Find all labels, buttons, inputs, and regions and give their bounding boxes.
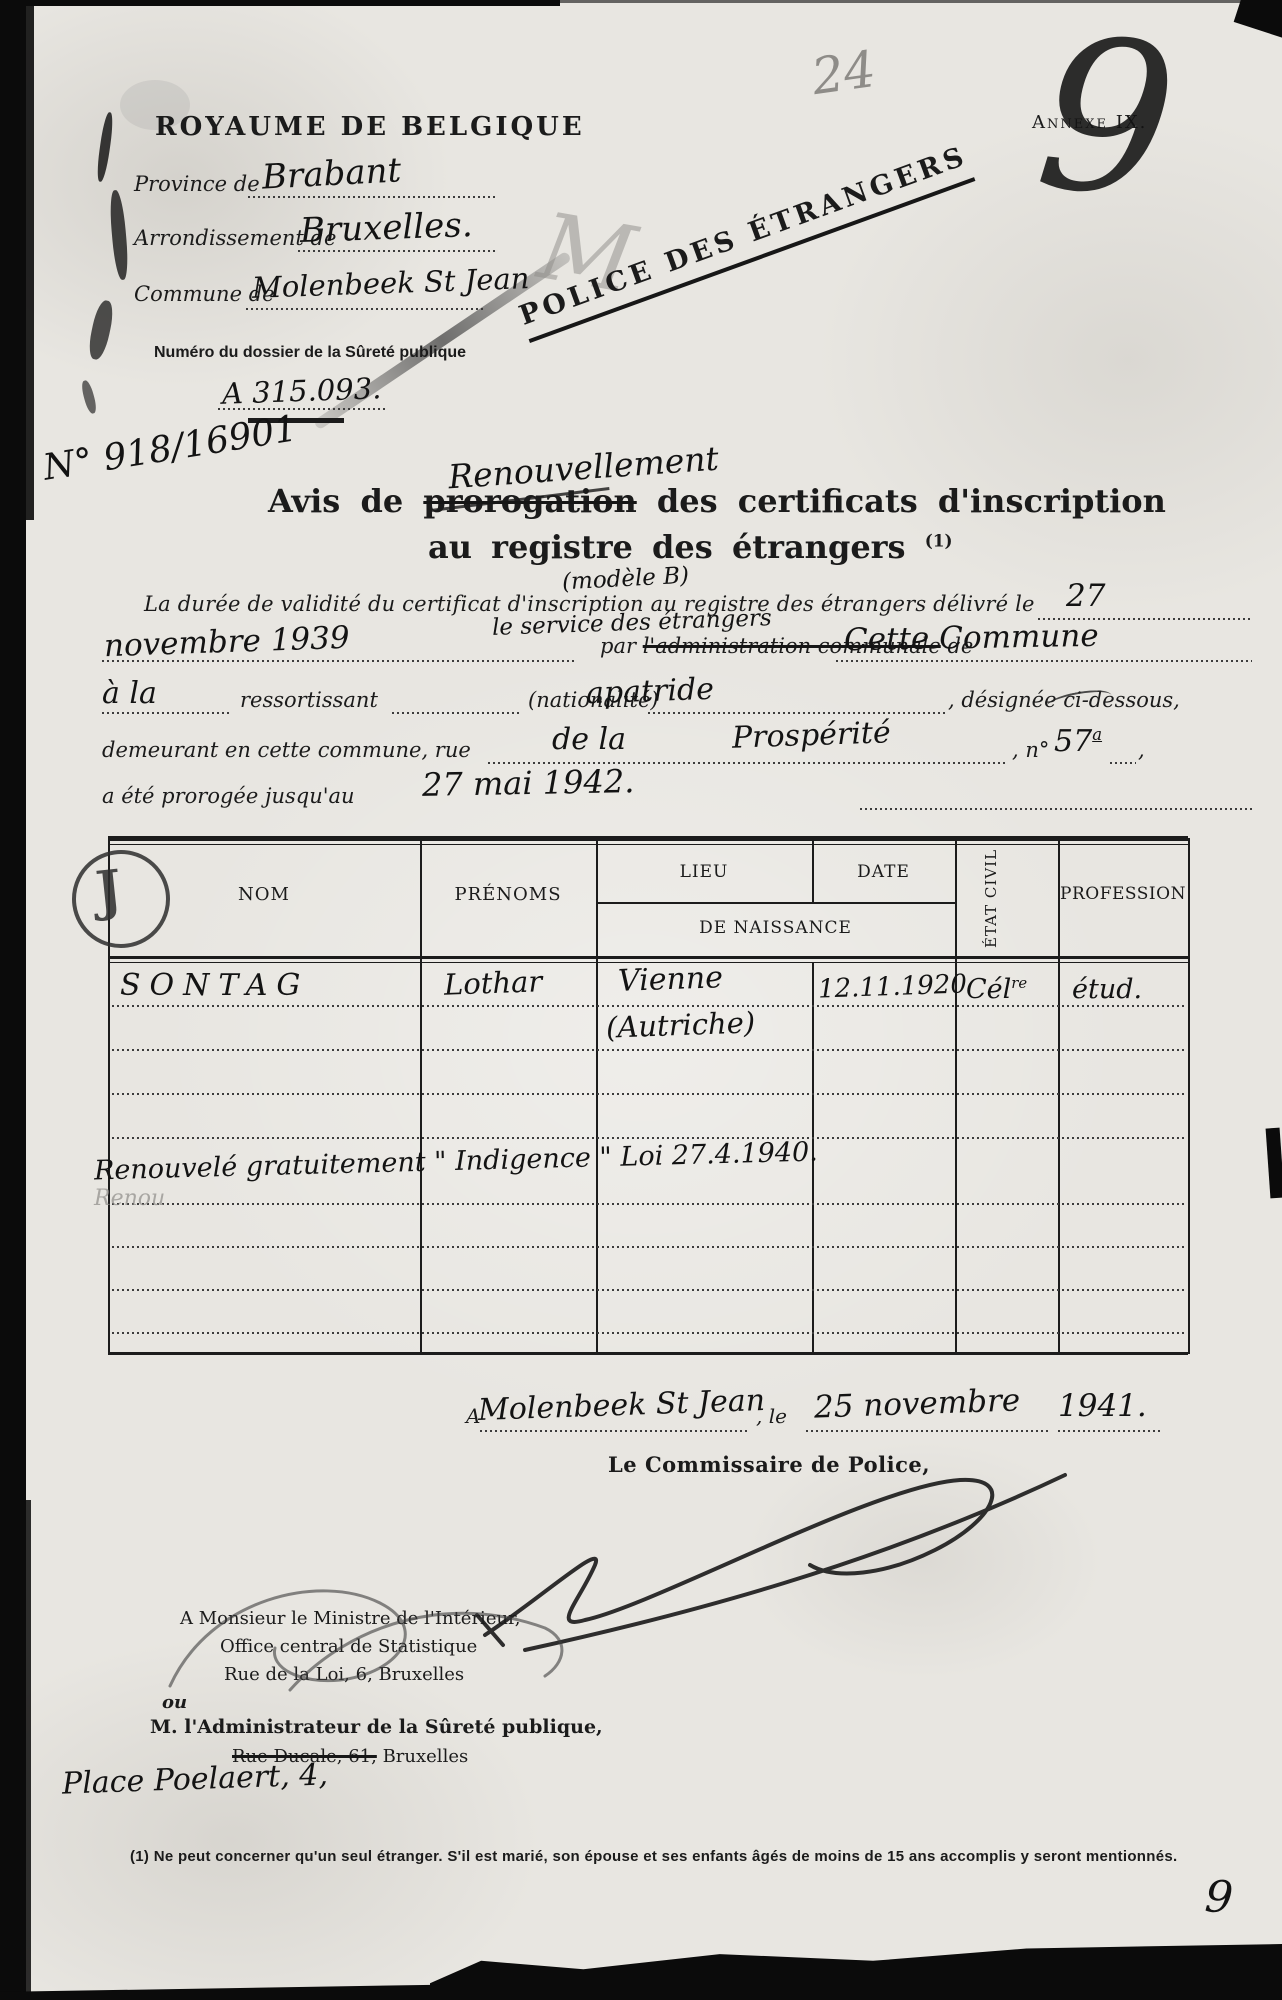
table-header-date: DATE	[812, 862, 955, 882]
table-vline-nom	[420, 838, 422, 1354]
table-vline-date	[955, 838, 957, 1354]
closing-place-rule	[480, 1430, 748, 1432]
body-line3-value2: apatride	[585, 672, 714, 711]
title-suffix: des certificats d'inscription	[657, 482, 1166, 520]
body-line4-text1: demeurant en cette commune, rue	[102, 738, 471, 762]
body-line3-rule-c	[648, 712, 946, 714]
table-header-lieu: LIEU	[596, 862, 812, 882]
table-row-rule	[112, 1289, 1186, 1291]
etat-civil-sup: re	[1011, 974, 1027, 992]
document-title-line2: au registre des étrangers (1)	[428, 528, 953, 566]
body-line3-text1: ressortissant	[240, 688, 378, 712]
address-ou-label: ou	[162, 1692, 187, 1713]
kingdom-heading: ROYAUME DE BELGIQUE	[155, 112, 585, 142]
body-line2-value2: Cette Commune	[844, 618, 1099, 658]
body-line2-par: par	[600, 634, 636, 658]
title-footnote-ref: (1)	[925, 531, 953, 551]
table-vline-prenoms	[596, 838, 598, 1354]
ink-smudge	[108, 190, 130, 281]
footnote-text: Ne peut concerner qu'un seul étranger. S…	[154, 1848, 1178, 1865]
closing-date-rule	[806, 1430, 1050, 1432]
table-row-rule	[112, 1332, 1186, 1334]
row-profession: étud.	[1072, 974, 1142, 1005]
pencil-page-number: 24	[808, 40, 879, 106]
body-line3-designee: , désignée	[948, 688, 1057, 712]
scan-edge-left-2	[26, 0, 34, 520]
scan-edge-bottom	[430, 1944, 1282, 2000]
ink-smudge	[80, 379, 98, 414]
ink-smudge	[95, 112, 115, 183]
row-lieu-line1: Vienne	[617, 960, 723, 999]
body-line5-rule	[860, 808, 1252, 810]
title-line2-text: au registre des étrangers	[428, 528, 906, 566]
table-header-profession: PROFESSION	[1058, 884, 1188, 904]
table-vline-right	[1188, 838, 1190, 1354]
footnote-label: (1)	[130, 1848, 149, 1865]
scan-edge-top	[0, 0, 560, 6]
scan-corner-top-right	[1234, 0, 1282, 44]
table-header-naissance: DE NAISSANCE	[596, 918, 955, 938]
address-handwritten-correction: Place Poelaert, 4,	[61, 1757, 328, 1801]
province-label: Province de	[134, 172, 260, 196]
title-prefix: Avis de	[268, 482, 403, 520]
table-bottom-border	[108, 1352, 1188, 1355]
house-number: 57	[1054, 724, 1092, 759]
table-row-rule	[112, 1246, 1186, 1248]
table-header-prenoms: PRÉNOMS	[420, 884, 596, 905]
table-row-rule	[112, 1203, 1186, 1205]
body-line3-value1: à la	[102, 676, 157, 711]
address-bruxelles: Bruxelles	[383, 1746, 469, 1767]
address-administrateur-line: M. l'Administrateur de la Sûreté publiqu…	[150, 1716, 603, 1738]
pen-scribble-over-address	[150, 1568, 580, 1708]
table-top-border-thin	[108, 844, 1188, 845]
table-top-border-thick	[108, 836, 1188, 841]
row-etat-civil: Célre	[966, 974, 1027, 1005]
body-line4-value1b: Prospérité	[731, 715, 891, 756]
table-vline-etat	[1058, 838, 1060, 1354]
row-date-naissance: 12.11.1920	[818, 969, 968, 1004]
body-line3-rule-a	[102, 712, 230, 714]
arrondissement-value: Bruxelles.	[299, 205, 473, 251]
table-row-rule	[112, 1093, 1186, 1095]
ink-smudge	[86, 299, 116, 361]
body-line4-rule-b	[1110, 762, 1136, 764]
table-naissance-subrule	[596, 902, 955, 904]
closing-date-value: 25 novembre	[813, 1382, 1020, 1425]
body-line2-rule-b	[836, 660, 1252, 662]
dossier-label: Numéro du dossier de la Sûreté publique	[154, 344, 466, 362]
footnote: (1) Ne peut concerner qu'un seul étrange…	[130, 1848, 1178, 1865]
scan-edge-left-3	[26, 1500, 31, 2000]
row-lieu-line2: (Autriche)	[605, 1005, 755, 1044]
renewal-note-pencil: Renou	[94, 1186, 165, 1211]
document-title-line1: Avis de prorogation des certificats d'in…	[268, 482, 1166, 520]
table-header-etat-civil: ÉTAT CIVIL	[982, 848, 1000, 948]
table-row-rule	[112, 1137, 1186, 1139]
etat-civil-main: Cél	[966, 974, 1011, 1005]
body-line5-value: 27 mai 1942.	[422, 762, 635, 804]
closing-year-value: 1941.	[1058, 1388, 1147, 1424]
body-line4-value1: de la	[552, 722, 626, 757]
table-row-rule	[112, 1049, 1186, 1051]
scan-mark-right	[1266, 1128, 1282, 1199]
ink-number-top: 9	[1029, 8, 1184, 231]
commune-value: Molenbeek St Jean	[251, 261, 529, 305]
row-prenoms: Lothar	[443, 964, 542, 1001]
title-struck-word: prorogation	[423, 482, 636, 520]
closing-year-rule	[1058, 1430, 1162, 1432]
province-value: Brabant	[261, 150, 402, 197]
table-row-rule	[112, 1005, 1186, 1007]
commune-rule	[246, 308, 486, 310]
dossier-value: A 315.093.	[221, 371, 381, 411]
table-header-bottom-thick	[108, 956, 1188, 959]
body-line5-text: a été prorogée jusqu'au	[102, 784, 355, 808]
house-number-sup: a	[1092, 725, 1102, 744]
renewal-note: Renouvelé gratuitement " Indigence " Loi…	[94, 1137, 818, 1187]
scanned-document: 24 Annexe IX. 9 M ROYAUME DE BELGIQUE Pr…	[0, 0, 1282, 2000]
scan-edge-bottom-left	[0, 1982, 440, 2000]
scan-edge-left	[0, 0, 26, 2000]
reference-number: N° 918/16901	[40, 408, 300, 489]
body-line3-rule-b	[392, 712, 520, 714]
body-line4-text3: ,	[1138, 738, 1145, 762]
arrondissement-rule	[298, 250, 498, 252]
body-line1-value: 27	[1066, 578, 1105, 614]
annotation-modele: (modèle B)	[561, 563, 689, 596]
body-line4-text2: , n°	[1012, 738, 1049, 762]
ink-number-bottom: 9	[1203, 1871, 1234, 1924]
row-nom: SONTAG	[120, 968, 309, 1003]
closing-place-value: Molenbeek St Jean	[477, 1383, 765, 1428]
closing-le-label: , le	[756, 1404, 787, 1428]
body-line4-value2: 57a	[1054, 724, 1102, 759]
body-line2-value1: novembre 1939	[103, 620, 350, 665]
